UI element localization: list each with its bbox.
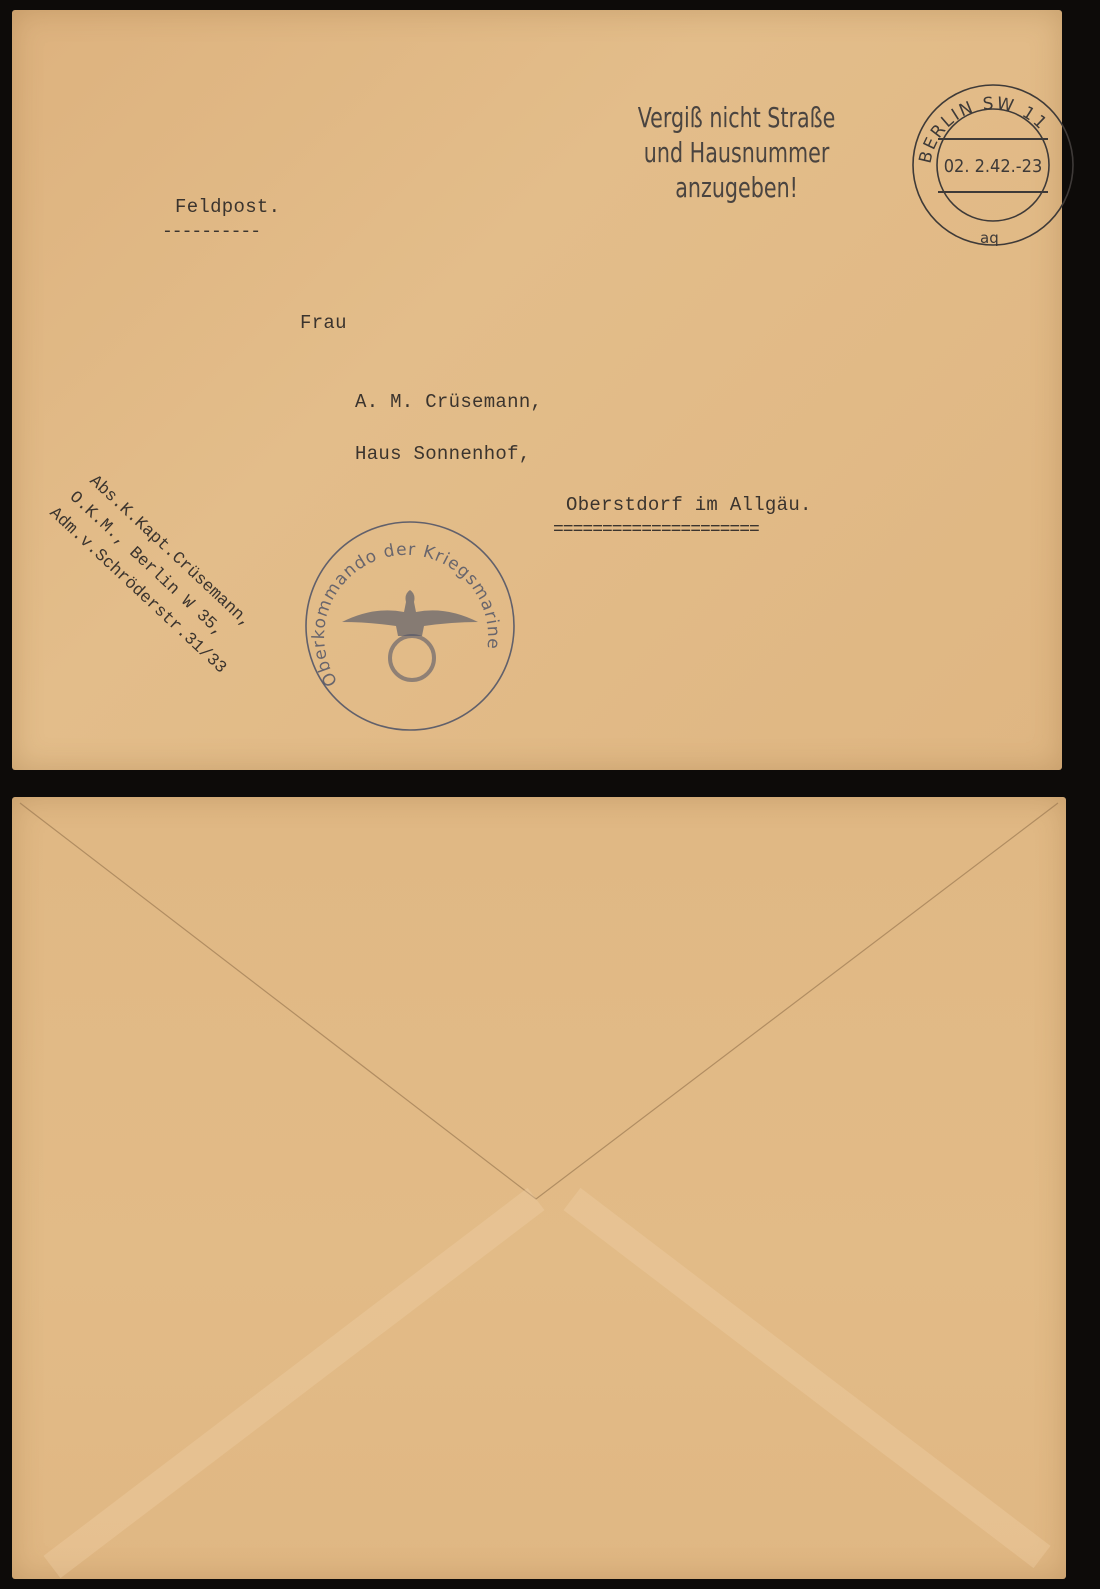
town-underline: =====================: [553, 520, 759, 540]
sender-address: Abs.K.Kapt.Crüsemann, O.K.M., Berlin W 3…: [60, 470, 320, 770]
sender-line-2: O.K.M., Berlin W 35,: [65, 488, 227, 641]
slogan-line-2: und Hausnummer: [630, 135, 843, 170]
envelope-front: Feldpost. ---------- Vergiß nicht Straße…: [12, 10, 1062, 770]
recipient-name: A. M. Crüsemann,: [355, 391, 542, 413]
svg-text:BERLIN SW 11: BERLIN SW 11: [916, 94, 1052, 166]
slogan-line-1: Vergiß nicht Straße: [630, 100, 843, 135]
seal-emblem-icon: Oberkommando der Kriegsmarine: [302, 518, 518, 734]
feldpost-underline: ----------: [162, 222, 260, 242]
envelope-flap-icon: [12, 797, 1066, 1579]
envelope-back: [12, 797, 1066, 1579]
official-seal: Oberkommando der Kriegsmarine: [302, 518, 518, 734]
feldpost-label: Feldpost.: [175, 196, 280, 218]
postmark-rings-icon: BERLIN SW 11 02. 2.42.-23 aq: [910, 82, 1076, 248]
slogan-line-3: anzugeben!: [630, 170, 843, 205]
postmark-date: 02. 2.42.-23: [944, 156, 1043, 177]
postmark-code: aq: [980, 229, 999, 247]
slogan-cancel: Vergiß nicht Straße und Hausnummer anzug…: [630, 100, 843, 205]
recipient-town: Oberstdorf im Allgäu.: [566, 494, 812, 516]
postmark: BERLIN SW 11 02. 2.42.-23 aq: [910, 82, 1076, 248]
recipient-street: Haus Sonnenhof,: [355, 443, 531, 465]
salutation: Frau: [300, 312, 347, 334]
